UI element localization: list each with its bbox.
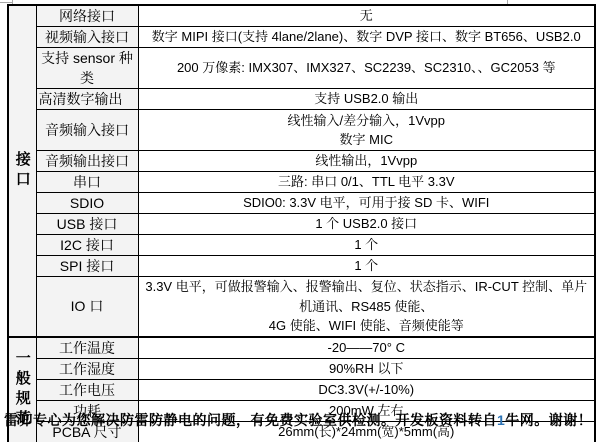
footer-text-prefix: 雷卯专心为您解决防雷防静电的问题，有免费实验室供检测。开发板资料转自: [4, 412, 497, 428]
row-label: SDIO: [36, 193, 138, 214]
table-row: USB 接口1 个 USB2.0 接口: [8, 214, 595, 235]
table-row: SDIOSDIO0: 3.3V 电平，可用于接 SD 卡、WIFI: [8, 193, 595, 214]
table-row: SPI 接口1 个: [8, 256, 595, 277]
row-label: 音频输出接口: [36, 151, 138, 172]
table-row: IO 口3.3V 电平，可做报警输入、报警输出、复位、状态指示、IR-CUT 控…: [8, 277, 595, 337]
table-row: 工作电压DC3.3V(+/-10%): [8, 379, 595, 400]
row-label: 串口: [36, 172, 138, 193]
row-label: SPI 接口: [36, 256, 138, 277]
spec-table: 接口网络接口无视频输入接口数字 MIPI 接口(支持 4lane/2lane)、…: [7, 4, 596, 442]
row-label: 高清数字输出: [36, 89, 138, 110]
row-label: 工作电压: [36, 379, 138, 400]
table-row: 音频输入接口线性输入/差分输入，1Vvpp 数字 MIC: [8, 110, 595, 151]
row-value: 3.3V 电平，可做报警输入、报警输出、复位、状态指示、IR-CUT 控制、单片…: [138, 277, 595, 337]
row-value: 线性输出，1Vvpp: [138, 151, 595, 172]
row-value: 数字 MIPI 接口(支持 4lane/2lane)、数字 DVP 接口、数字 …: [138, 27, 595, 48]
row-value: 线性输入/差分输入，1Vvpp 数字 MIC: [138, 110, 595, 151]
row-value: 1 个: [138, 235, 595, 256]
row-label: 工作温度: [36, 337, 138, 359]
row-label: IO 口: [36, 277, 138, 337]
section-label: 接口: [8, 5, 36, 337]
row-value: 1 个: [138, 256, 595, 277]
table-row: 音频输出接口线性输出，1Vvpp: [8, 151, 595, 172]
row-label: 音频输入接口: [36, 110, 138, 151]
row-label: 视频输入接口: [36, 27, 138, 48]
row-label: I2C 接口: [36, 235, 138, 256]
table-row: 串口三路: 串口 0/1、TTL 电平 3.3V: [8, 172, 595, 193]
row-label: USB 接口: [36, 214, 138, 235]
footer-note: 雷卯专心为您解决防雷防静电的问题，有免费实验室供检测。开发板资料转自1牛网。谢谢…: [4, 410, 592, 430]
table-row: 视频输入接口数字 MIPI 接口(支持 4lane/2lane)、数字 DVP …: [8, 27, 595, 48]
row-value: 无: [138, 5, 595, 27]
table-row: 高清数字输出支持 USB2.0 输出: [8, 89, 595, 110]
document-page: 接口网络接口无视频输入接口数字 MIPI 接口(支持 4lane/2lane)、…: [0, 0, 609, 442]
spec-table-body: 接口网络接口无视频输入接口数字 MIPI 接口(支持 4lane/2lane)、…: [8, 5, 595, 442]
row-value: 1 个 USB2.0 接口: [138, 214, 595, 235]
row-value: DC3.3V(+/-10%): [138, 379, 595, 400]
row-value: 三路: 串口 0/1、TTL 电平 3.3V: [138, 172, 595, 193]
table-row: 工作湿度90%RH 以下: [8, 358, 595, 379]
footer-text-suffix: 牛网。谢谢！: [505, 412, 592, 428]
table-row: 支持 sensor 种类200 万像素: IMX307、IMX327、SC223…: [8, 48, 595, 89]
row-label: 工作湿度: [36, 358, 138, 379]
table-row: 接口网络接口无: [8, 5, 595, 27]
table-row: 一般规范工作温度-20——70° C: [8, 337, 595, 359]
row-label: 网络接口: [36, 5, 138, 27]
row-value: 90%RH 以下: [138, 358, 595, 379]
row-label: 支持 sensor 种类: [36, 48, 138, 89]
row-value: 支持 USB2.0 输出: [138, 89, 595, 110]
row-value: 200 万像素: IMX307、IMX327、SC2239、SC2310、、GC…: [138, 48, 595, 89]
row-value: SDIO0: 3.3V 电平，可用于接 SD 卡、WIFI: [138, 193, 595, 214]
table-row: I2C 接口1 个: [8, 235, 595, 256]
row-value: -20——70° C: [138, 337, 595, 359]
